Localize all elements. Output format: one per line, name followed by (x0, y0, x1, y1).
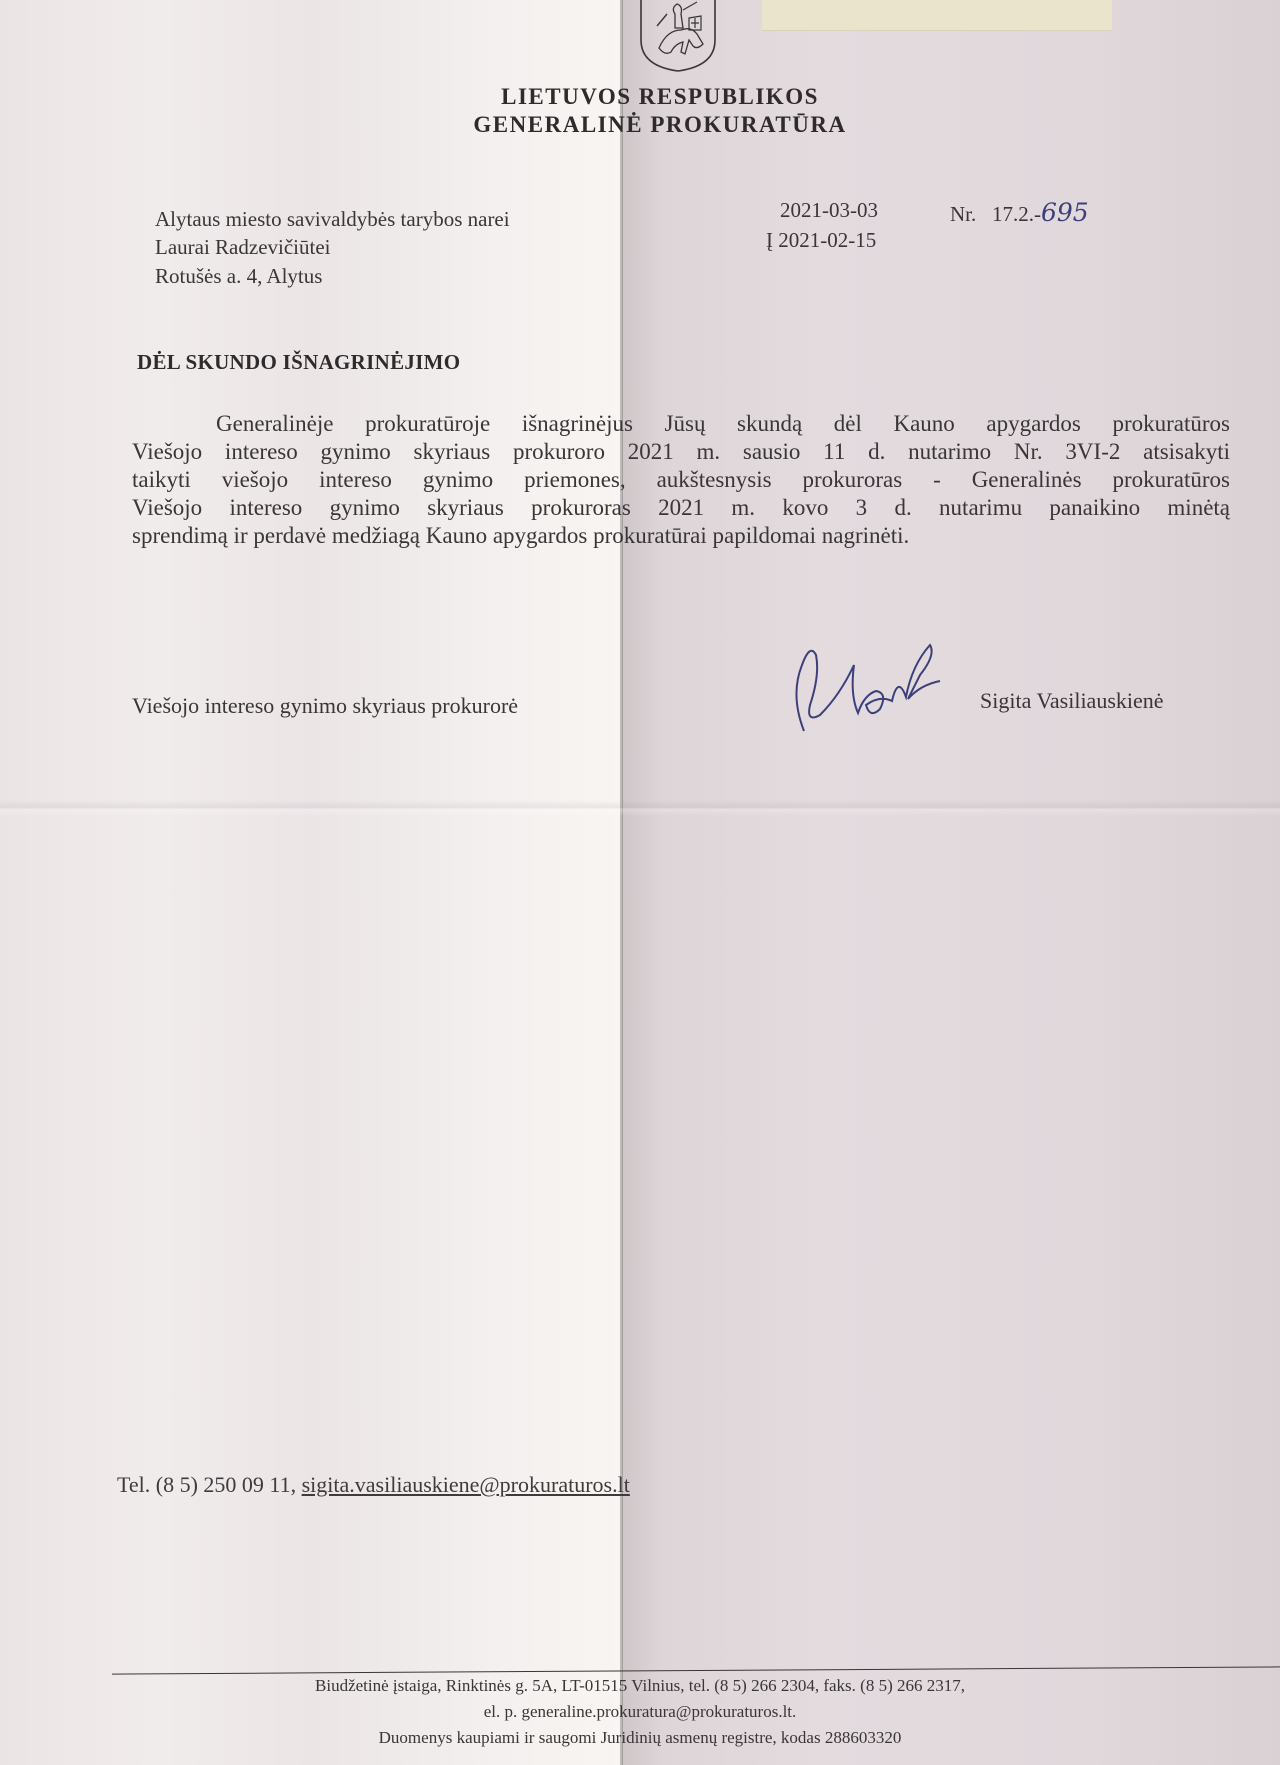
recipient-line-3: Rotušės a. 4, Alytus (155, 262, 322, 290)
paper-right-half (622, 0, 1280, 1765)
letterhead-line-2: GENERALINĖ PROKURATŪRA (400, 112, 920, 138)
footer-line-2: el. p. generaline.prokuratura@prokuratur… (140, 1702, 1140, 1722)
recipient-line-1: Alytaus miesto savivaldybės tarybos nare… (155, 205, 510, 233)
contact-phone: Tel. (8 5) 250 09 11, (117, 1472, 302, 1497)
adhesive-tape (762, 0, 1112, 31)
document-date: 2021-03-03 (780, 198, 878, 223)
coat-of-arms-icon (637, 0, 719, 72)
document-number-label: Nr. (950, 202, 976, 226)
vertical-fold-line (620, 0, 623, 1765)
signatory-name: Sigita Vasiliauskienė (980, 688, 1164, 714)
letterhead-line-1: LIETUVOS RESPUBLIKOS (400, 84, 920, 110)
footer-line-3: Duomenys kaupiami ir saugomi Juridinių a… (140, 1728, 1140, 1748)
recipient-line-2: Laurai Radzevičiūtei (155, 233, 331, 261)
body-line-1: Generalinėje prokuratūroje išnagrinėjus … (132, 410, 1230, 438)
letter-body: Generalinėje prokuratūroje išnagrinėjus … (132, 410, 1230, 550)
document-number-handwritten: 695 (1041, 198, 1089, 227)
document-number: Nr. 17.2.-695 (950, 198, 1089, 227)
contact-line: Tel. (8 5) 250 09 11, sigita.vasiliauski… (117, 1472, 630, 1498)
footer-line-1: Biudžetinė įstaiga, Rinktinės g. 5A, LT-… (140, 1676, 1140, 1696)
body-line-2: Viešojo intereso gynimo skyriaus prokuro… (132, 438, 1230, 466)
body-line-3: taikyti viešojo intereso gynimo priemone… (132, 466, 1230, 494)
document-number-prefix: 17.2.- (992, 202, 1041, 226)
signatory-role: Viešojo intereso gynimo skyriaus prokuro… (132, 693, 518, 719)
reply-to-reference: Į 2021-02-15 (766, 228, 876, 253)
subject-heading: DĖL SKUNDO IŠNAGRINĖJIMO (137, 350, 460, 375)
horizontal-fold-line (0, 800, 1280, 816)
body-line-5: sprendimą ir perdavė medžiagą Kauno apyg… (132, 522, 1230, 550)
contact-email-link[interactable]: sigita.vasiliauskiene@prokuraturos.lt (302, 1472, 630, 1497)
body-line-4: Viešojo intereso gynimo skyriaus prokuro… (132, 494, 1230, 522)
handwritten-signature-icon (780, 635, 950, 735)
